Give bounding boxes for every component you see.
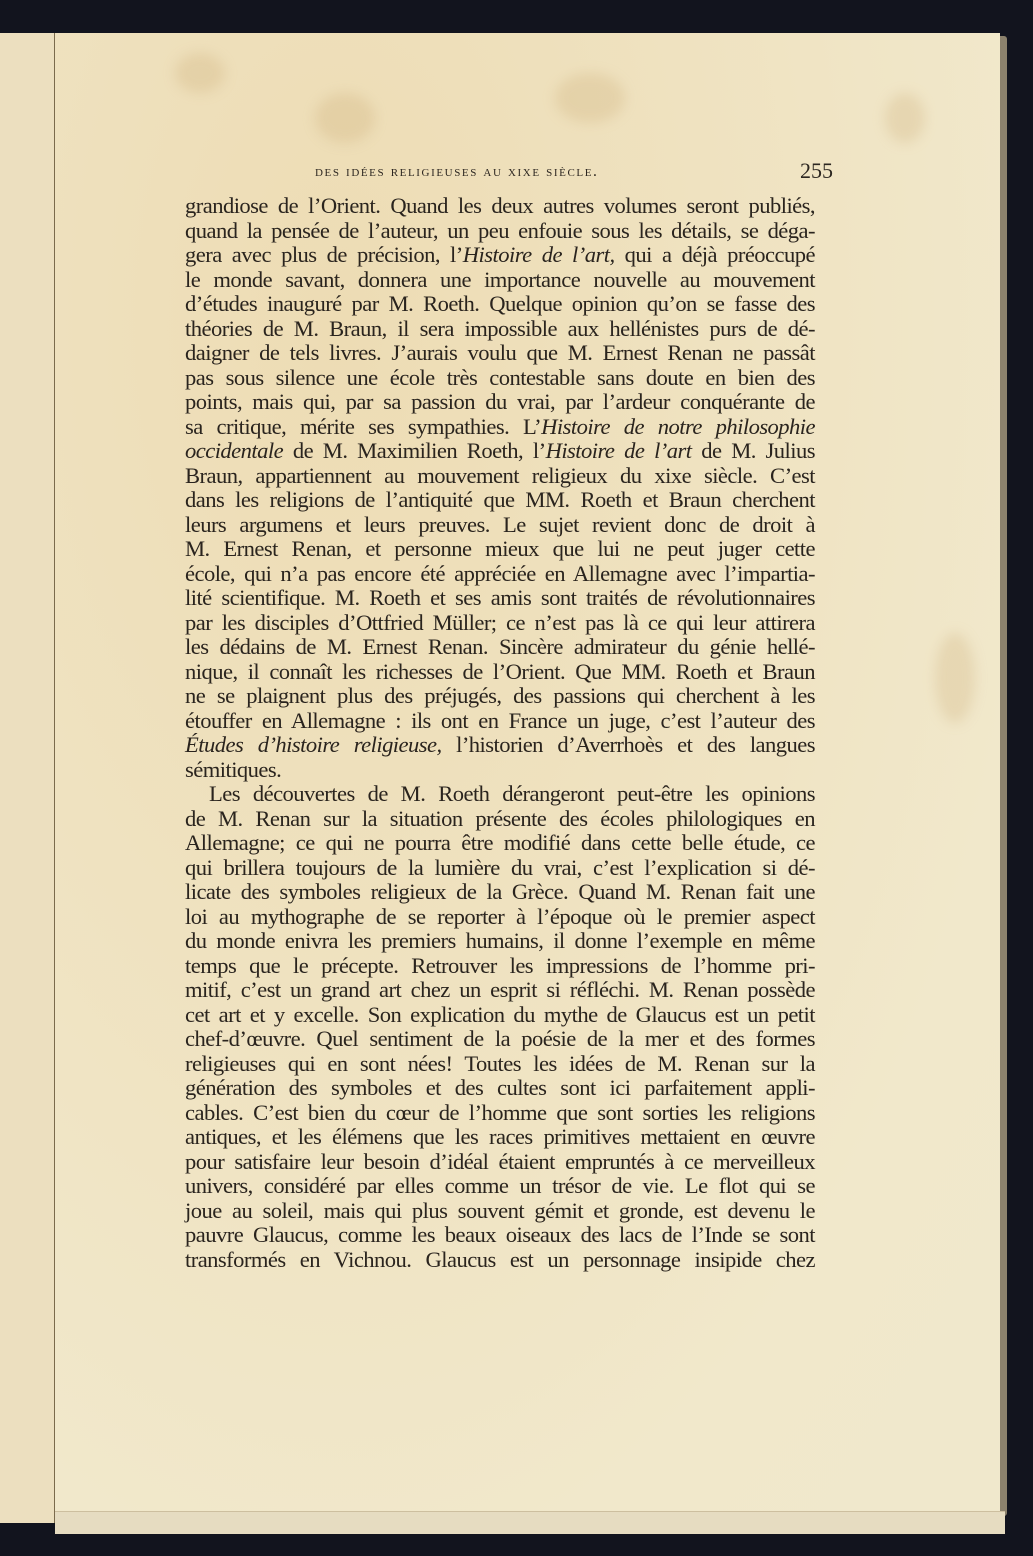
text-line: religieuses qui en sont nées! Toutes les… [185, 1052, 815, 1077]
body-text: grandiose de l’Orient. Quand les deux au… [185, 194, 815, 1272]
text-line: les dédains de M. Ernest Renan. Sincère … [185, 635, 815, 660]
text-line: théories de M. Braun, il sera impossible… [185, 317, 815, 342]
text-line: temps que le précepte. Retrouver les imp… [185, 954, 815, 979]
text-line: univers, considéré par elles comme un tr… [185, 1174, 815, 1199]
text-line: lité scientifique. M. Roeth et ses amis … [185, 586, 815, 611]
foxing-stain [885, 93, 925, 143]
page-number: 255 [800, 158, 833, 184]
italic-title: Histoire de l’art [546, 438, 692, 463]
text-line: cet art et y excelle. Son explication du… [185, 1003, 815, 1028]
foxing-stain [175, 53, 225, 93]
text-line: antiques, et les élémens que les races p… [185, 1125, 815, 1150]
text-line: qui brillera toujours de la lumière du v… [185, 856, 815, 881]
text-line: points, mais qui, par sa passion du vrai… [185, 390, 815, 415]
text-line: daigner de tels livres. J’aurais voulu q… [185, 341, 815, 366]
italic-title: Études d’histoire religieuse, [185, 732, 442, 757]
text-line: Braun, appartiennent au mouvement religi… [185, 464, 815, 489]
text-line: licate des symboles religieux de la Grèc… [185, 880, 815, 905]
text-line: M. Ernest Renan, et personne mieux que l… [185, 537, 815, 562]
text-line: ne se plaignent plus des préjugés, des p… [185, 684, 815, 709]
text-line: Études d’histoire religieuse, l’historie… [185, 733, 815, 758]
text-line: pour satisfaire leur besoin d’idéal étai… [185, 1150, 815, 1175]
text-line: de M. Renan sur la situation présente de… [185, 807, 815, 832]
text-line: joue au soleil, mais qui plus souvent gé… [185, 1199, 815, 1224]
foxing-stain [555, 73, 625, 123]
text-line: d’études inauguré par M. Roeth. Quelque … [185, 292, 815, 317]
italic-title: occidentale [185, 438, 283, 463]
text-line: génération des symboles et des cultes so… [185, 1076, 815, 1101]
text-line: chef-d’œuvre. Quel sentiment de la poési… [185, 1027, 815, 1052]
text-line: grandiose de l’Orient. Quand les deux au… [185, 194, 815, 219]
facing-page-edge [0, 33, 56, 1523]
text-line: du monde enivra les premiers humains, il… [185, 929, 815, 954]
text-line: le monde savant, donnera une importance … [185, 268, 815, 293]
italic-title: Histoire de l’art, [463, 242, 615, 267]
text-line: Allemagne; ce qui ne pourra être modifié… [185, 831, 815, 856]
text-line: étouffer en Allemagne : ils ont en Franc… [185, 709, 815, 734]
page-bottom-edge [55, 1511, 1005, 1534]
paragraph-start: Les découvertes de M. Roeth dérangeront … [185, 782, 815, 807]
text-line: cables. C’est bien du cœur de l’homme qu… [185, 1101, 815, 1126]
text-line: quand la pensée de l’auteur, un peu enfo… [185, 219, 815, 244]
text-line: pauvre Glaucus, comme les beaux oiseaux … [185, 1223, 815, 1248]
text-line: dans les religions de l’antiquité que MM… [185, 488, 815, 513]
text-line: par les disciples d’Ottfried Müller; ce … [185, 611, 815, 636]
text-line: pas sous silence une école très contesta… [185, 366, 815, 391]
text-line: école, qui n’a pas encore été appréciée … [185, 562, 815, 587]
text-line: nique, il connaît les richesses de l’Ori… [185, 660, 815, 685]
foxing-stain [315, 93, 375, 143]
text-line: mitif, c’est un grand art chez un esprit… [185, 978, 815, 1003]
text-line: gera avec plus de précision, l’Histoire … [185, 243, 815, 268]
italic-title: Histoire de notre philosophie [541, 414, 815, 439]
text-line: transformés en Vichnou. Glaucus est un p… [185, 1248, 815, 1273]
text-line: loi au mythographe de se reporter à l’ép… [185, 905, 815, 930]
text-line: occidentale de M. Maximilien Roeth, l’Hi… [185, 439, 815, 464]
text-line: sémitiques. [185, 758, 815, 783]
foxing-stain [935, 633, 975, 723]
running-title: des idées religieuses au xixe siècle. [315, 163, 599, 181]
text-line: sa critique, mérite ses sympathies. L’Hi… [185, 415, 815, 440]
text-line: leurs argumens et leurs preuves. Le suje… [185, 513, 815, 538]
